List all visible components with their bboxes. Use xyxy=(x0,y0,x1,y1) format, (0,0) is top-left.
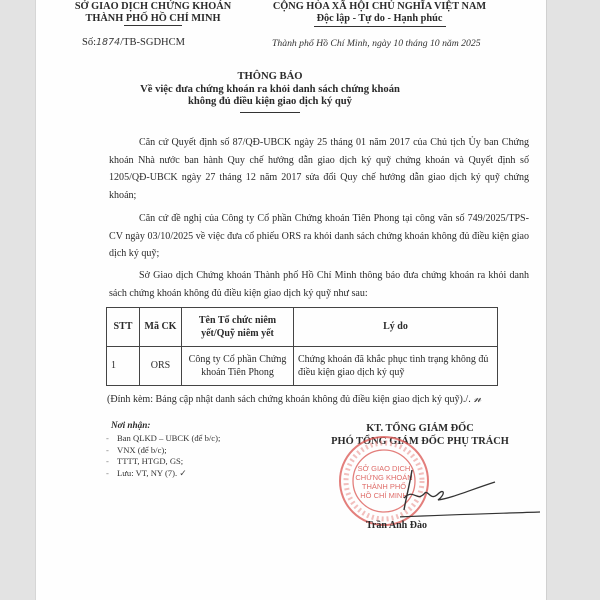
doc-number-suffix: /TB-SGDHCM xyxy=(120,37,185,48)
national-header: CỘNG HÒA XÃ HỘI CHỦ NGHĨA VIỆT NAM Độc l… xyxy=(257,1,502,27)
notice-title: THÔNG BÁO Về việc đưa chứng khoán ra khỏ… xyxy=(70,71,470,113)
place-date: Thành phố Hồ Chí Minh, ngày 10 tháng 10 … xyxy=(272,38,481,49)
attachment-text: (Đính kèm: Bảng cập nhật danh sách chứng… xyxy=(107,394,471,405)
handwritten-signature-icon xyxy=(400,458,550,528)
body-paragraph-2: Căn cứ đề nghị của Công ty Cổ phần Chứng… xyxy=(109,210,529,263)
nation-title: CỘNG HÒA XÃ HỘI CHỦ NGHĨA VIỆT NAM xyxy=(257,1,502,13)
list-item: TTTT, HTGD, GS; xyxy=(106,456,220,468)
column-header-stt: STT xyxy=(107,308,140,347)
body-paragraph-3: Sở Giao dịch Chứng khoán Thành phố Hồ Ch… xyxy=(109,267,529,302)
recipient-text: Lưu: VT, NY (7). xyxy=(117,468,177,478)
list-item: Ban QLKD – UBCK (để b/c); xyxy=(106,433,220,445)
recipients-list: Ban QLKD – UBCK (để b/c); VNX (để b/c); … xyxy=(106,433,220,480)
paragraph-text: Sở Giao dịch Chứng khoán Thành phố Hồ Ch… xyxy=(109,267,529,302)
paragraph-text: Căn cứ Quyết định số 87/QĐ-UBCK ngày 25 … xyxy=(109,134,529,204)
list-item: VNX (để b/c); xyxy=(106,445,220,457)
table-row: 1 ORS Công ty Cổ phần Chứng khoán Tiên P… xyxy=(107,347,498,386)
securities-table: STT Mã CK Tên Tổ chức niêm yết/Quỹ niêm … xyxy=(106,307,498,386)
body-paragraph-1: Căn cứ Quyết định số 87/QĐ-UBCK ngày 25 … xyxy=(109,134,529,204)
column-header-ticker: Mã CK xyxy=(140,308,182,347)
motto-underline xyxy=(314,26,446,27)
doc-number-handwritten: 1874 xyxy=(96,37,120,48)
cell-stt: 1 xyxy=(107,347,140,386)
doc-number-prefix: Số: xyxy=(82,37,96,48)
title-underline xyxy=(240,112,300,113)
document-number: Số:1874/TB-SGDHCM xyxy=(82,37,185,48)
initial-mark-icon: 𝓃 xyxy=(474,391,481,405)
attachment-note: (Đính kèm: Bảng cập nhật danh sách chứng… xyxy=(107,391,481,406)
notice-heading: THÔNG BÁO xyxy=(70,71,470,84)
notice-subject-line-2: không đủ điều kiện giao dịch ký quỹ xyxy=(70,96,470,109)
paragraph-text: Căn cứ đề nghị của Công ty Cổ phần Chứng… xyxy=(109,210,529,263)
recipients-label: Nơi nhận: xyxy=(111,420,150,430)
cell-reason: Chứng khoán đã khắc phục tình trạng khôn… xyxy=(294,347,498,386)
notice-subject-line-1: Về việc đưa chứng khoán ra khỏi danh sác… xyxy=(70,84,470,97)
header-left-underline xyxy=(124,25,182,26)
org-line-2: THÀNH PHỐ HỒ CHÍ MINH xyxy=(58,13,248,25)
column-header-reason: Lý do xyxy=(294,308,498,347)
issuing-organization: SỞ GIAO DỊCH CHỨNG KHOÁN THÀNH PHỐ HỒ CH… xyxy=(58,1,248,26)
check-mark-icon: ✓ xyxy=(179,469,187,479)
cell-ticker: ORS xyxy=(140,347,182,386)
cell-issuer: Công ty Cổ phần Chứng khoán Tiên Phong xyxy=(182,347,294,386)
signer-name: Trần Anh Đào xyxy=(366,520,427,531)
national-motto: Độc lập - Tự do - Hạnh phúc xyxy=(257,13,502,25)
column-header-issuer: Tên Tổ chức niêm yết/Quỹ niêm yết xyxy=(182,308,294,347)
org-line-1: SỞ GIAO DỊCH CHỨNG KHOÁN xyxy=(58,1,248,13)
signature-title-line-1: KT. TỔNG GIÁM ĐỐC xyxy=(300,423,540,436)
list-item: Lưu: VT, NY (7). ✓ xyxy=(106,468,220,481)
table-header-row: STT Mã CK Tên Tổ chức niêm yết/Quỹ niêm … xyxy=(107,308,498,347)
